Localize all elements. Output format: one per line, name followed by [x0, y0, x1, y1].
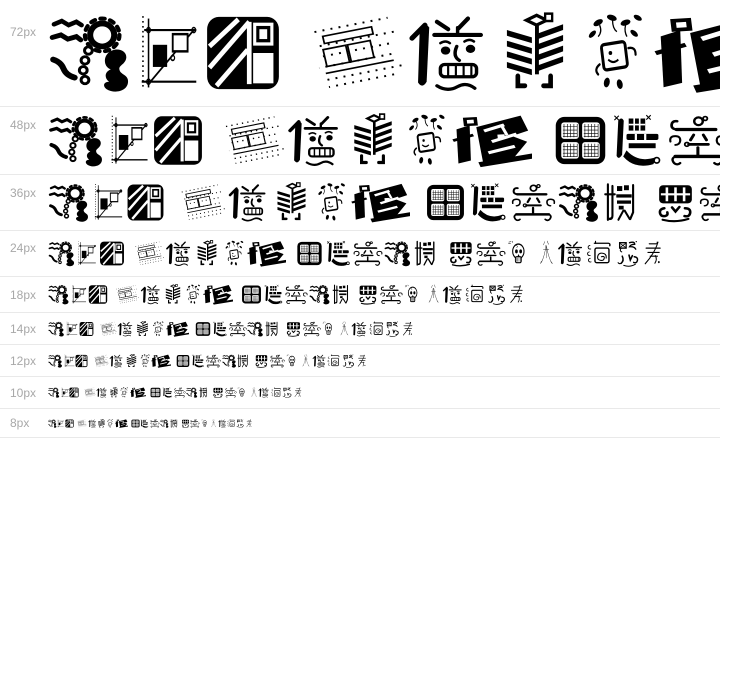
word-space — [297, 360, 301, 361]
glyph-tile-square — [65, 419, 74, 428]
font-sample-text — [48, 313, 720, 344]
glyph-mud-gear — [48, 113, 106, 168]
glyph-cloud-sky — [380, 284, 403, 305]
glyph-grid-window — [425, 182, 466, 223]
glyph-cloud-sky — [476, 240, 506, 267]
glyph-grid-window — [241, 284, 262, 305]
glyph-mud-gear — [48, 284, 70, 305]
font-size-label: 8px — [0, 416, 48, 430]
font-sample-text — [48, 0, 720, 106]
glyph-dot-plane — [116, 284, 139, 305]
glyph-mud-gear — [48, 182, 91, 223]
glyph-petal-cloth — [402, 113, 450, 168]
glyph-longevity — [402, 321, 415, 337]
word-space — [190, 328, 195, 329]
glyph-skull — [286, 354, 297, 368]
glyph-mud-gear — [222, 354, 237, 368]
glyph-whirl-box — [369, 321, 385, 337]
glyph-man-dense — [325, 240, 352, 267]
font-size-label: 10px — [0, 386, 48, 400]
glyph-ore-face — [312, 354, 327, 368]
glyph-anger — [487, 284, 508, 305]
glyph-ore-face — [351, 321, 368, 337]
glyph-cloud-sky — [229, 321, 247, 337]
glyph-mud-gear — [384, 240, 412, 267]
font-waterfall-preview: 72px 48px 36px 24px 18px 14px 12px 10px … — [0, 0, 730, 438]
glyph-dot-plane — [84, 387, 96, 398]
glyph-cloud-sky — [699, 182, 721, 223]
glyph-dot-plane — [100, 321, 117, 337]
glyph-tile-square — [88, 284, 108, 305]
glyph-man-dense — [140, 419, 149, 428]
glyph-whirl-box — [327, 354, 341, 368]
glyph-mud-gear — [558, 182, 601, 223]
word-space — [280, 328, 285, 329]
glyph-scaffold — [61, 387, 69, 398]
word-space — [438, 253, 446, 254]
glyph-longevity — [246, 419, 253, 428]
glyph-mud-gear — [48, 321, 65, 337]
glyph-grid-window — [150, 387, 161, 398]
glyph-longevity — [357, 354, 368, 368]
glyph-thin-brush — [340, 321, 350, 337]
glyph-mud-gear — [48, 240, 76, 267]
word-space — [287, 253, 295, 254]
glyph-dot-plane — [225, 113, 284, 168]
word-space — [335, 328, 340, 329]
glyph-crate-cube — [109, 387, 119, 398]
glyph-cloud-sky — [303, 321, 321, 337]
glyph-man-dense — [468, 182, 509, 223]
glyph-anger — [616, 240, 642, 267]
font-sample-text — [48, 277, 720, 312]
font-sample-text — [48, 409, 720, 437]
preview-row: 10px — [0, 377, 720, 409]
glyph-petal-cloth — [106, 419, 114, 428]
word-space — [530, 253, 538, 254]
word-space — [535, 140, 550, 141]
glyph-anger — [342, 354, 356, 368]
glyph-anger — [282, 387, 293, 398]
glyph-scaffold — [138, 12, 200, 94]
font-sample-text — [48, 107, 720, 174]
glyph-thin-brush — [302, 354, 311, 368]
glyph-grid-window — [553, 113, 608, 168]
glyph-cloud-sky — [174, 387, 186, 398]
glyph-evil-block — [447, 240, 475, 267]
glyph-cloud-sky — [668, 113, 720, 168]
glyph-dot-plane — [77, 419, 87, 428]
font-sample-text — [48, 377, 720, 408]
preview-row: 8px — [0, 409, 720, 438]
glyph-dot-plane — [94, 354, 109, 368]
word-space — [250, 360, 254, 361]
word-space — [80, 392, 83, 393]
glyph-whirl-box — [586, 240, 614, 267]
glyph-ore-face — [218, 419, 227, 428]
glyph-ore-face — [258, 387, 270, 398]
glyph-cloud-sky — [353, 240, 383, 267]
glyph-tile-square — [126, 182, 165, 223]
preview-row: 72px — [0, 0, 720, 107]
glyph-mech-slant — [247, 240, 286, 267]
glyph-tile-square — [75, 354, 88, 368]
glyph-grid-window — [131, 419, 140, 428]
font-sample-text — [48, 231, 720, 276]
glyph-mud-gear — [186, 387, 198, 398]
glyph-petal-cloth — [151, 321, 165, 337]
font-size-label: 14px — [0, 322, 48, 336]
glyph-crate-cube — [194, 240, 220, 267]
glyph-ore-face — [406, 12, 492, 94]
glyph-mech-slant — [130, 387, 146, 398]
glyph-mud-gear — [160, 419, 169, 428]
glyph-mech-upright — [603, 182, 638, 223]
glyph-ore-face — [286, 113, 344, 168]
font-size-label: 18px — [0, 288, 48, 302]
glyph-petal-cloth — [222, 240, 246, 267]
glyph-man-dense — [162, 387, 173, 398]
font-size-label: 12px — [0, 354, 48, 368]
glyph-cloud-sky — [190, 419, 200, 428]
glyph-crate-cube — [163, 284, 183, 305]
glyph-man-dense — [610, 113, 665, 168]
glyph-skull — [322, 321, 334, 337]
glyph-grid-window — [176, 354, 190, 368]
glyph-evil-block — [212, 387, 224, 398]
font-size-label: 72px — [0, 25, 48, 39]
glyph-thin-brush — [211, 419, 217, 428]
glyph-mech-upright — [170, 419, 178, 428]
glyph-tile-square — [204, 12, 282, 94]
glyph-scaffold — [93, 182, 124, 223]
word-space — [421, 294, 427, 295]
word-space — [172, 360, 176, 361]
word-space — [109, 294, 115, 295]
glyph-mud-gear — [247, 321, 264, 337]
preview-row: 36px — [0, 175, 720, 231]
glyph-dot-plane — [181, 182, 225, 223]
font-size-label: 24px — [0, 241, 48, 255]
glyph-crate-cube — [496, 12, 574, 94]
word-space — [234, 294, 240, 295]
glyph-cloud-sky — [225, 387, 237, 398]
word-space — [147, 392, 150, 393]
glyph-mud-gear — [48, 12, 134, 94]
glyph-thin-brush — [428, 284, 441, 305]
glyph-mech-slant — [351, 182, 410, 223]
glyph-mech-slant — [151, 354, 171, 368]
glyph-cloud-sky — [150, 419, 160, 428]
glyph-grid-window — [195, 321, 211, 337]
glyph-mech-slant — [115, 419, 128, 428]
glyph-ore-face — [96, 387, 108, 398]
word-space — [94, 328, 99, 329]
glyph-mech-upright — [237, 354, 249, 368]
glyph-evil-block — [357, 284, 379, 305]
glyph-evil-block — [254, 354, 269, 368]
glyph-ore-face — [140, 284, 162, 305]
glyph-scaffold — [66, 321, 78, 337]
glyph-crate-cube — [272, 182, 311, 223]
preview-row: 24px — [0, 231, 720, 277]
glyph-tile-square — [152, 113, 204, 168]
word-space — [89, 360, 93, 361]
glyph-mech-slant — [452, 113, 532, 168]
glyph-thin-brush — [539, 240, 556, 267]
glyph-tile-square — [99, 240, 125, 267]
font-size-label: 36px — [0, 186, 48, 200]
glyph-scaffold — [64, 354, 75, 368]
word-space — [351, 294, 357, 295]
glyph-mud-gear — [48, 419, 57, 428]
glyph-ore-face — [117, 321, 134, 337]
glyph-man-dense — [212, 321, 228, 337]
glyph-ore-face — [442, 284, 464, 305]
word-space — [286, 53, 309, 54]
glyph-longevity — [643, 240, 665, 267]
glyph-scaffold — [57, 419, 64, 428]
glyph-mud-gear — [48, 387, 60, 398]
preview-row: 12px — [0, 345, 720, 377]
glyph-cloud-sky — [511, 182, 556, 223]
word-space — [412, 202, 424, 203]
glyph-anger — [236, 419, 245, 428]
glyph-grid-window — [296, 240, 323, 267]
glyph-ore-face — [109, 354, 124, 368]
glyph-tile-square — [69, 387, 79, 398]
word-space — [207, 140, 222, 141]
glyph-skull — [201, 419, 208, 428]
glyph-man-dense — [263, 284, 284, 305]
glyph-longevity — [294, 387, 303, 398]
glyph-petal-cloth — [313, 182, 349, 223]
glyph-mech-upright — [199, 387, 208, 398]
glyph-ore-face — [88, 419, 97, 428]
glyph-tile-square — [79, 321, 94, 337]
word-space — [167, 202, 179, 203]
glyph-cloud-sky — [206, 354, 221, 368]
glyph-dot-plane — [313, 12, 402, 94]
glyph-scaffold — [71, 284, 87, 305]
glyph-whirl-box — [271, 387, 282, 398]
glyph-skull — [237, 387, 246, 398]
glyph-mech-upright — [265, 321, 279, 337]
word-space — [208, 392, 211, 393]
font-sample-text — [48, 345, 720, 376]
word-space — [247, 392, 250, 393]
preview-row: 18px — [0, 277, 720, 313]
glyph-dot-plane — [135, 240, 164, 267]
glyph-evil-block — [654, 182, 697, 223]
glyph-mech-slant — [203, 284, 233, 305]
preview-row: 48px — [0, 107, 720, 175]
glyph-mud-gear — [48, 354, 63, 368]
glyph-mech-slant — [654, 12, 720, 94]
glyph-skull — [404, 284, 420, 305]
glyph-ore-face — [557, 240, 585, 267]
font-size-label: 48px — [0, 118, 48, 132]
glyph-mech-upright — [414, 240, 437, 267]
glyph-longevity — [509, 284, 526, 305]
glyph-crate-cube — [97, 419, 106, 428]
font-sample-text — [48, 175, 720, 230]
glyph-anger — [385, 321, 401, 337]
glyph-crate-cube — [135, 321, 150, 337]
glyph-mech-slant — [166, 321, 189, 337]
glyph-man-dense — [191, 354, 205, 368]
glyph-skull — [507, 240, 528, 267]
word-space — [640, 202, 652, 203]
glyph-cloud-sky — [285, 284, 308, 305]
glyph-petal-cloth — [139, 354, 151, 368]
glyph-crate-cube — [125, 354, 138, 368]
glyph-petal-cloth — [119, 387, 129, 398]
glyph-ore-face — [227, 182, 270, 223]
glyph-evil-block — [181, 419, 190, 428]
glyph-petal-cloth — [578, 12, 650, 94]
glyph-crate-cube — [347, 113, 399, 168]
glyph-whirl-box — [465, 284, 486, 305]
glyph-thin-brush — [251, 387, 258, 398]
glyph-petal-cloth — [184, 284, 202, 305]
glyph-whirl-box — [227, 419, 236, 428]
glyph-mech-upright — [332, 284, 350, 305]
glyph-ore-face — [165, 240, 193, 267]
glyph-cloud-sky — [270, 354, 285, 368]
preview-row: 14px — [0, 313, 720, 345]
glyph-scaffold — [77, 240, 97, 267]
glyph-scaffold — [109, 113, 150, 168]
glyph-evil-block — [285, 321, 302, 337]
glyph-mud-gear — [309, 284, 331, 305]
word-space — [126, 253, 134, 254]
